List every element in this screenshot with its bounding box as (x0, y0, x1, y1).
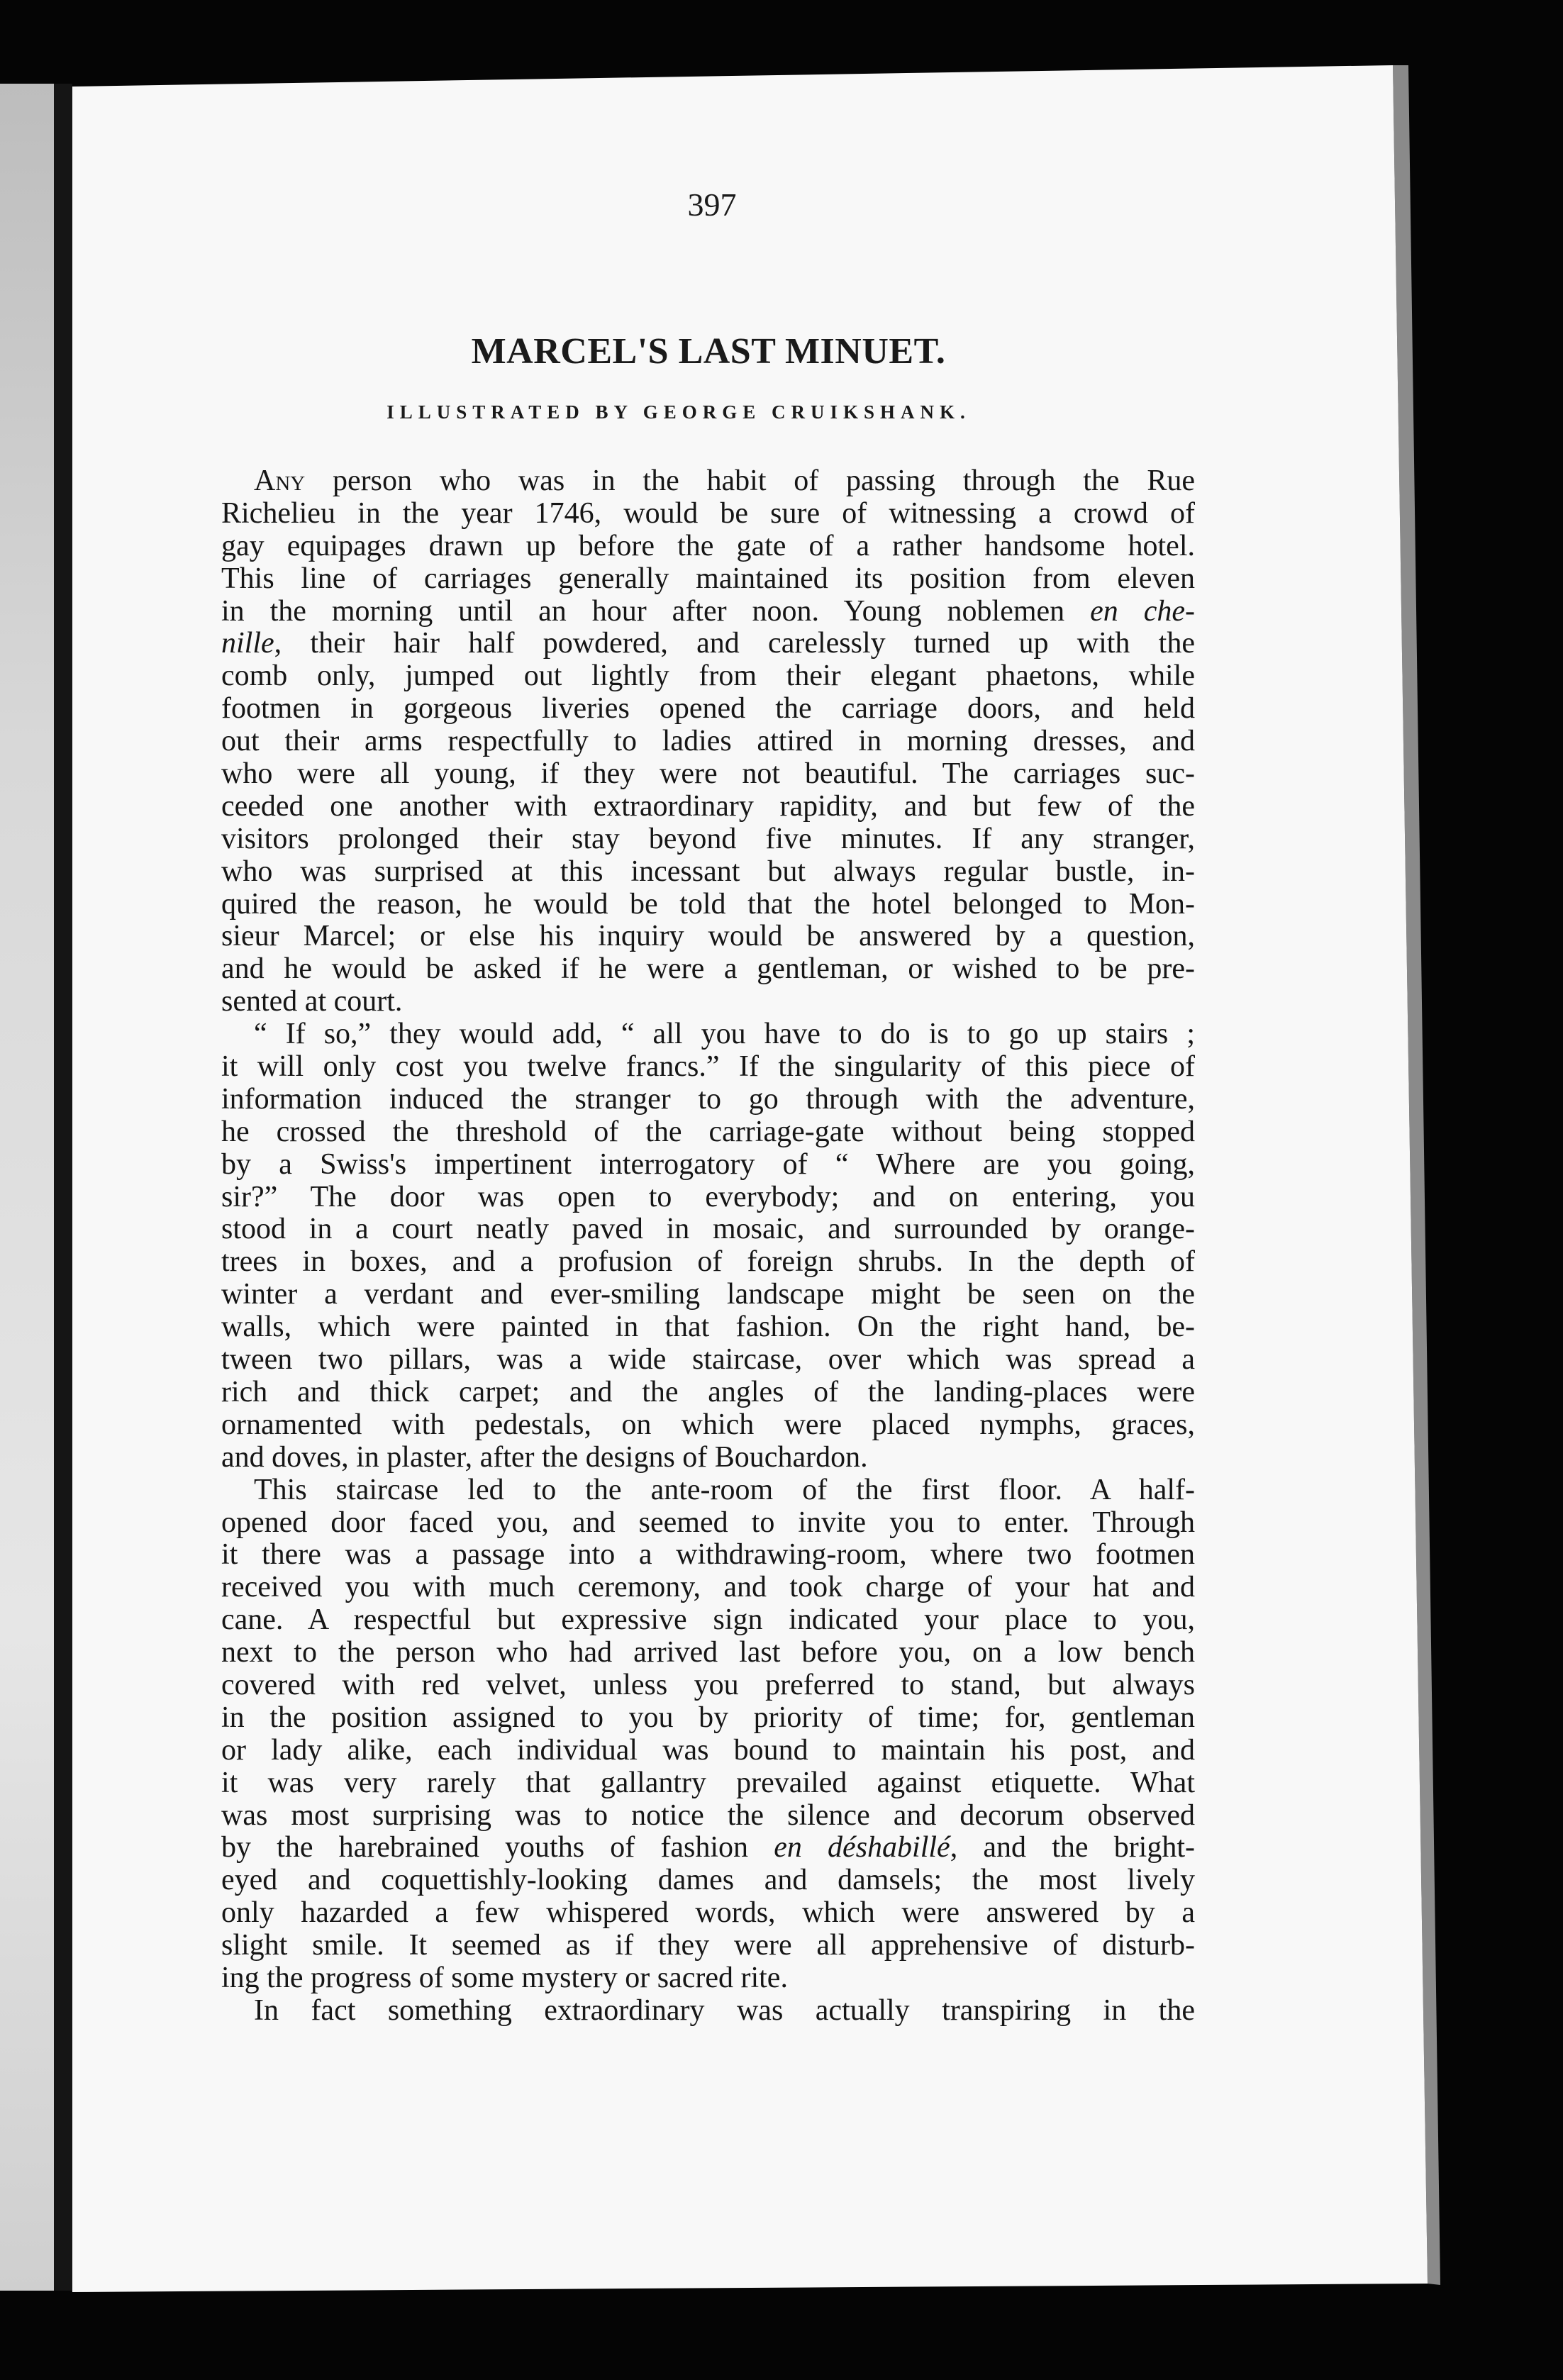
text-run: by a Swiss's impertinent interrogatory o… (221, 1148, 1195, 1181)
text-run: quired the reason, he would be told that… (221, 888, 1195, 921)
text-run: by the harebrained youths of fashion (221, 1831, 774, 1864)
text-line: eyed and coquettishly-looking dames and … (221, 1864, 1195, 1897)
illustrator-credit: ILLUSTRATED BY GEORGE CRUIKSHANK. (0, 401, 1563, 423)
text-run: , and the bright- (950, 1831, 1195, 1864)
text-run: only hazarded a few whispered words, whi… (221, 1896, 1195, 1929)
text-line: by a Swiss's impertinent interrogatory o… (221, 1149, 1195, 1181)
text-run: in the position assigned to you by prior… (221, 1701, 1195, 1734)
text-line: information induced the stranger to go t… (221, 1084, 1195, 1116)
text-line: Richelieu in the year 1746, would be sur… (221, 498, 1195, 530)
text-run: and he would be asked if he were a gentl… (221, 952, 1195, 985)
text-line: in the position assigned to you by prior… (221, 1702, 1195, 1735)
text-line: This staircase led to the ante-room of t… (221, 1474, 1195, 1507)
text-run: received you with much ceremony, and too… (221, 1571, 1195, 1603)
text-line: who were all young, if they were not bea… (221, 758, 1195, 791)
text-run: winter a verdant and ever-smiling landsc… (221, 1278, 1195, 1311)
text-run: tween two pillars, was a wide staircase,… (221, 1343, 1195, 1376)
text-run: Richelieu in the year 1746, would be sur… (221, 497, 1195, 530)
text-run: in the morning until an hour after noon.… (221, 595, 1090, 628)
text-line: in the morning until an hour after noon.… (221, 596, 1195, 628)
text-run: In fact something extraordinary was actu… (254, 1994, 1195, 2027)
text-line: walls, which were painted in that fashio… (221, 1311, 1195, 1344)
text-line: visitors prolonged their stay beyond fiv… (221, 823, 1195, 856)
text-line: “ If so,” they would add, “ all you have… (221, 1018, 1195, 1051)
text-line: slight smile. It seemed as if they were … (221, 1930, 1195, 1962)
text-run: footmen in gorgeous liveries opened the … (221, 692, 1195, 725)
text-line: cane. A respectful but expressive sign i… (221, 1604, 1195, 1637)
text-run: person who was in the habit of passing t… (305, 465, 1195, 497)
text-run: visitors prolonged their stay beyond fiv… (221, 823, 1195, 855)
text-line: nille, their hair half powdered, and car… (221, 628, 1195, 660)
text-line: sieur Marcel; or else his inquiry would … (221, 921, 1195, 953)
text-run: ornamented with pedestals, on which were… (221, 1408, 1195, 1441)
text-line: trees in boxes, and a profusion of forei… (221, 1246, 1195, 1279)
text-run: rich and thick carpet; and the angles of… (221, 1376, 1195, 1408)
text-run: or lady alike, each individual was bound… (221, 1734, 1195, 1767)
text-run: sieur Marcel; or else his inquiry would … (221, 920, 1195, 952)
text-line: by the harebrained youths of fashion en … (221, 1832, 1195, 1864)
text-line: it there was a passage into a withdrawin… (221, 1539, 1195, 1572)
text-line: sented at court. (221, 986, 1195, 1018)
text-line: ing the progress of some mystery or sacr… (221, 1962, 1195, 1995)
text-line: comb only, jumped out lightly from their… (221, 660, 1195, 693)
text-line: quired the reason, he would be told that… (221, 889, 1195, 921)
text-run: comb only, jumped out lightly from their… (221, 660, 1195, 692)
text-run: This line of carriages generally maintai… (221, 562, 1195, 595)
text-run: This staircase led to the ante-room of t… (254, 1474, 1195, 1506)
text-line: covered with red velvet, unless you pref… (221, 1669, 1195, 1702)
text-run: ing the progress of some mystery or sacr… (221, 1962, 788, 1994)
text-line: footmen in gorgeous liveries opened the … (221, 693, 1195, 725)
text-line: or lady alike, each individual was bound… (221, 1735, 1195, 1767)
text-line: he crossed the threshold of the carriage… (221, 1116, 1195, 1149)
text-line: ornamented with pedestals, on which were… (221, 1409, 1195, 1442)
text-line: who was surprised at this incessant but … (221, 856, 1195, 889)
text-run: gay equipages drawn up before the gate o… (221, 530, 1195, 562)
text-run: it will only cost you twelve francs.” If… (221, 1050, 1195, 1083)
text-line: rich and thick carpet; and the angles of… (221, 1377, 1195, 1409)
text-run: walls, which were painted in that fashio… (221, 1311, 1195, 1343)
text-run: cane. A respectful but expressive sign i… (221, 1603, 1195, 1636)
text-line: sir?” The door was open to everybody; an… (221, 1181, 1195, 1214)
text-line: and doves, in plaster, after the designs… (221, 1442, 1195, 1474)
text-line: gay equipages drawn up before the gate o… (221, 530, 1195, 563)
text-line: opened door faced you, and seemed to inv… (221, 1507, 1195, 1540)
chapter-title: MARCEL'S LAST MINUET. (0, 330, 1563, 372)
text-line: ceeded one another with extraordinary ra… (221, 791, 1195, 823)
text-run: he crossed the threshold of the carriage… (221, 1116, 1195, 1148)
text-line: out their arms respectfully to ladies at… (221, 725, 1195, 758)
text-line: tween two pillars, was a wide staircase,… (221, 1344, 1195, 1377)
italic-phrase: nille (221, 627, 274, 660)
text-line: In fact something extraordinary was actu… (221, 1995, 1195, 2028)
text-line: winter a verdant and ever-smiling landsc… (221, 1279, 1195, 1311)
text-line: and he would be asked if he were a gentl… (221, 953, 1195, 986)
text-run: sir?” The door was open to everybody; an… (221, 1181, 1195, 1213)
text-run: who were all young, if they were not bea… (221, 757, 1195, 790)
text-line: only hazarded a few whispered words, whi… (221, 1897, 1195, 1930)
text-line: stood in a court neatly paved in mosaic,… (221, 1213, 1195, 1246)
text-run: and doves, in plaster, after the designs… (221, 1441, 868, 1474)
page-number: 397 (0, 186, 1563, 223)
text-run: trees in boxes, and a profusion of forei… (221, 1245, 1195, 1278)
body-text: Any person who was in the habit of passi… (221, 465, 1195, 2028)
text-run: covered with red velvet, unless you pref… (221, 1669, 1195, 1701)
text-line: it was very rarely that gallantry prevai… (221, 1767, 1195, 1800)
text-run: was most surprising was to notice the si… (221, 1799, 1195, 1832)
text-line: received you with much ceremony, and too… (221, 1572, 1195, 1604)
text-line: was most surprising was to notice the si… (221, 1800, 1195, 1833)
text-line: next to the person who had arrived last … (221, 1637, 1195, 1669)
text-run: out their arms respectfully to ladies at… (221, 725, 1195, 757)
text-run: next to the person who had arrived last … (221, 1636, 1195, 1669)
italic-phrase: en che- (1090, 595, 1195, 628)
text-run: ceeded one another with extraordinary ra… (221, 790, 1195, 823)
italic-phrase: en déshabillé (774, 1831, 950, 1864)
text-run: slight smile. It seemed as if they were … (221, 1929, 1195, 1962)
text-run: stood in a court neatly paved in mosaic,… (221, 1213, 1195, 1245)
text-line: This line of carriages generally maintai… (221, 563, 1195, 596)
text-run: eyed and coquettishly-looking dames and … (221, 1864, 1195, 1896)
text-run: “ If so,” they would add, “ all you have… (254, 1018, 1195, 1050)
text-run: sented at court. (221, 985, 402, 1018)
text-line: it will only cost you twelve francs.” If… (221, 1051, 1195, 1084)
text-line: Any person who was in the habit of passi… (221, 465, 1195, 498)
text-run: it was very rarely that gallantry prevai… (221, 1767, 1195, 1799)
text-run: information induced the stranger to go t… (221, 1083, 1195, 1116)
text-run: it there was a passage into a withdrawin… (221, 1538, 1195, 1571)
drop-word: Any (254, 465, 305, 497)
text-run: opened door faced you, and seemed to inv… (221, 1506, 1195, 1539)
text-run: who was surprised at this incessant but … (221, 855, 1195, 888)
text-run: , their hair half powdered, and careless… (274, 627, 1195, 660)
